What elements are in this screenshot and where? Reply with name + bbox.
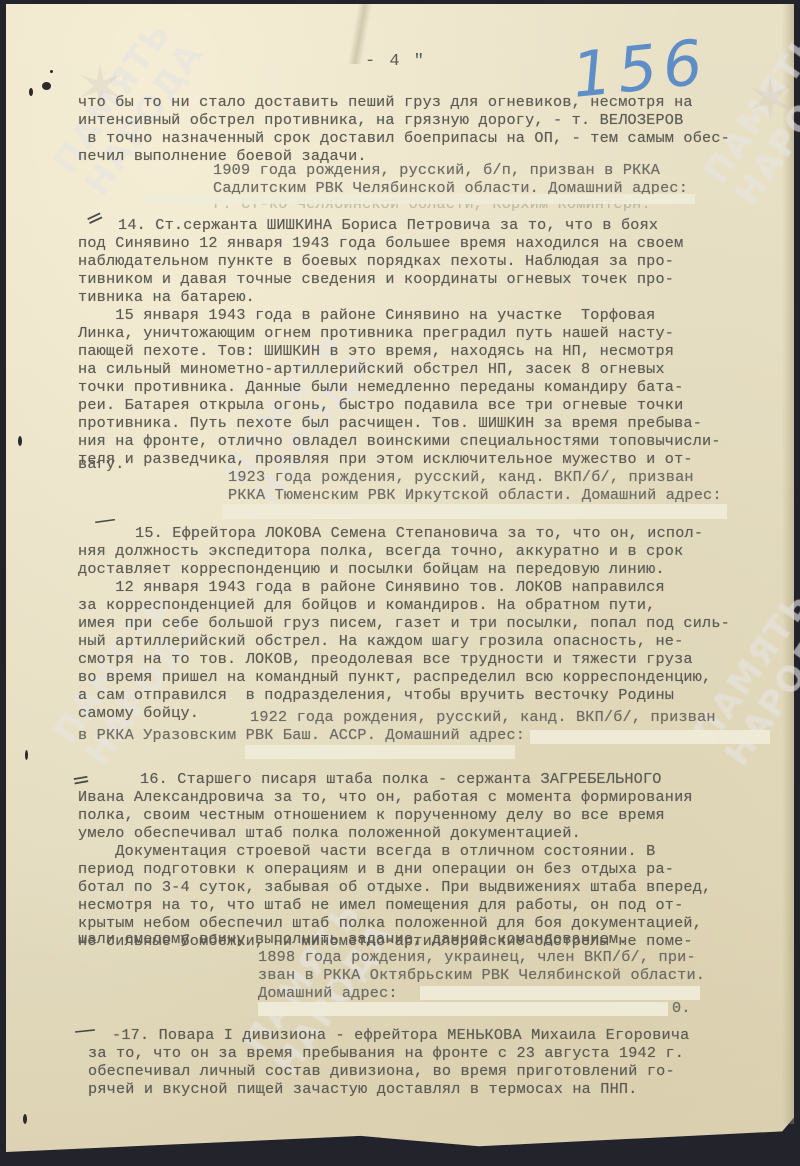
entry-16-bio-line: зван в РККА Октябрьским РВК Челябинской …	[258, 966, 705, 985]
entry-14-text-line: пающей пехоте. Тов: ШИШКИН в это время, …	[78, 342, 674, 361]
entry-14-text-line: под Синявино 12 января 1943 года большее…	[78, 234, 683, 253]
entry-15-text-line: 12 января 1943 года в районе Синявино то…	[78, 578, 665, 597]
redacted-address-strip	[530, 730, 770, 744]
entry-14-text-line: 15 января 1943 года в районе Синявино на…	[78, 306, 655, 325]
entry-14-text-line: ния на фронте, отлично овладел воинскими…	[78, 432, 721, 451]
margin-mark: —	[73, 1019, 97, 1043]
entry-15-text-line: ный артиллерийский обстрел. На каждом ша…	[78, 632, 683, 651]
entry-15-text-line: 15. Ефрейтора ЛОКОВА Семена Степановича …	[135, 524, 703, 543]
entry-13-bio-line: 1909 года рождения, русский, б/п, призва…	[213, 161, 660, 180]
entry-16-text-line: несмотря на то, что штаб не имел помещен…	[78, 896, 683, 915]
entry-16-text-line: 16. Старшего писаря штаба полка - сержан…	[140, 770, 662, 789]
entry-15-bio-line: в РККА Уразовским РВК Баш. АССР. Домашни…	[78, 726, 525, 745]
entry-14-text-line: на сильный минометно-артиллерийский обст…	[78, 360, 665, 379]
entry-16-text-line: Ивана Александровича за то, что он, рабо…	[78, 788, 693, 807]
entry-14-text-line: противника. Путь пехоте был расчищен. То…	[78, 414, 702, 433]
entry-14-text-line: 14. Ст.сержанта ШИШКИНА Бориса Петровича…	[118, 216, 658, 235]
ink-spot	[18, 436, 22, 446]
redacted-address-strip	[245, 745, 515, 759]
entry-13-text-line: что бы то ни стало доставить пеший груз …	[78, 93, 693, 112]
entry-14-text-line: вагу.	[78, 455, 125, 474]
entry-17-text-line: за то, что он за время пребывания на фро…	[88, 1044, 684, 1063]
entry-16-text-line: полка, своим честным отношением к поруче…	[78, 806, 665, 825]
redacted-address-strip	[145, 194, 695, 204]
entry-14-text-line: реи. Батарея открыла огонь, быстро подав…	[78, 396, 683, 415]
entry-14-bio-line: РККА Тюменским РВК Иркутской области. До…	[228, 486, 722, 505]
entry-16-bio-tail: 0.	[672, 999, 691, 1018]
entry-15-text-line: во время пришел на командный пункт, расп…	[78, 668, 711, 687]
entry-17-text-line: обеспечивал личный состав дивизиона, во …	[88, 1062, 675, 1081]
entry-15-text-line: имея при себе большой груз писем, газет …	[78, 614, 730, 633]
margin-mark: —	[93, 509, 118, 534]
redacted-address-strip	[222, 504, 727, 519]
entry-15-text-line: а сам отправился в подразделения, чтобы …	[78, 686, 674, 705]
entry-14-bio-line: 1923 года рождения, русский, канд. ВКП/б…	[228, 468, 694, 487]
ink-spot	[29, 88, 33, 96]
entry-15-text-line: смотря на то тов. ЛОКОВ, преодолевая все…	[78, 650, 693, 669]
entry-16-text-line: период подготовки к операциям и в дни оп…	[78, 860, 674, 879]
entry-14-text-line: наблюдательном пункте в боевых порядках …	[78, 252, 674, 271]
entry-16-text-line: ботал по 3-4 суток, забывая об отдыхе. П…	[78, 878, 711, 897]
entry-15-text-line: за корреспонденцией для бойцов и команди…	[78, 596, 655, 615]
entry-13-text-line: интенсивный обстрел противника, на грязн…	[78, 111, 683, 130]
entry-14-text-line: тивником и давая точные сведения и коорд…	[78, 270, 674, 289]
entry-16-bio-line: 1898 года рождения, украинец, член ВКП/б…	[258, 948, 696, 967]
ink-spot	[23, 1114, 27, 1124]
entry-15-text-line: доставляет корреспонденцию и посылки бой…	[78, 560, 665, 579]
redacted-address-strip	[258, 1002, 668, 1016]
entry-16-text-line: шали смелому воину выполнить задание, да…	[78, 930, 628, 949]
ink-spot	[25, 750, 28, 760]
entry-14-text-line: Линка, уничтожающим огнем противника пре…	[78, 324, 674, 343]
redacted-address-strip	[420, 986, 700, 1000]
entry-15-text-line: самому бойцу.	[78, 704, 199, 723]
entry-17-text-line: рячей и вкусной пищей зачастую доставлял…	[88, 1080, 638, 1099]
entry-13-text-line: в точно назначенный срок доставил боепри…	[78, 129, 730, 148]
entry-16-text-line: умело обеспечивал штаб полка положенной …	[78, 824, 581, 843]
entry-16-bio-line: Домашний адрес:	[258, 984, 398, 1003]
entry-15-bio-line: 1922 года рождения, русский, канд. ВКП/б…	[250, 708, 716, 727]
entry-15-text-line: няя должность экспедитора полка, всегда …	[78, 542, 683, 561]
entry-16-text-line: Документация строевой части всегда в отл…	[78, 842, 655, 861]
entry-14-text-line: теля и разведчика, проявляя при этом иск…	[78, 450, 693, 469]
entry-17-text-line: -17. Повара I дивизиона - ефрейтора МЕНЬ…	[112, 1026, 689, 1045]
ink-spot	[42, 82, 51, 90]
paper-edge-shadow	[782, 4, 794, 1124]
page-number: - 4 "	[365, 52, 426, 71]
entry-14-text-line: точки противника. Данные были немедленно…	[78, 378, 683, 397]
entry-14-text-line: тивника на батарею.	[78, 288, 255, 307]
ink-spot	[50, 70, 53, 73]
